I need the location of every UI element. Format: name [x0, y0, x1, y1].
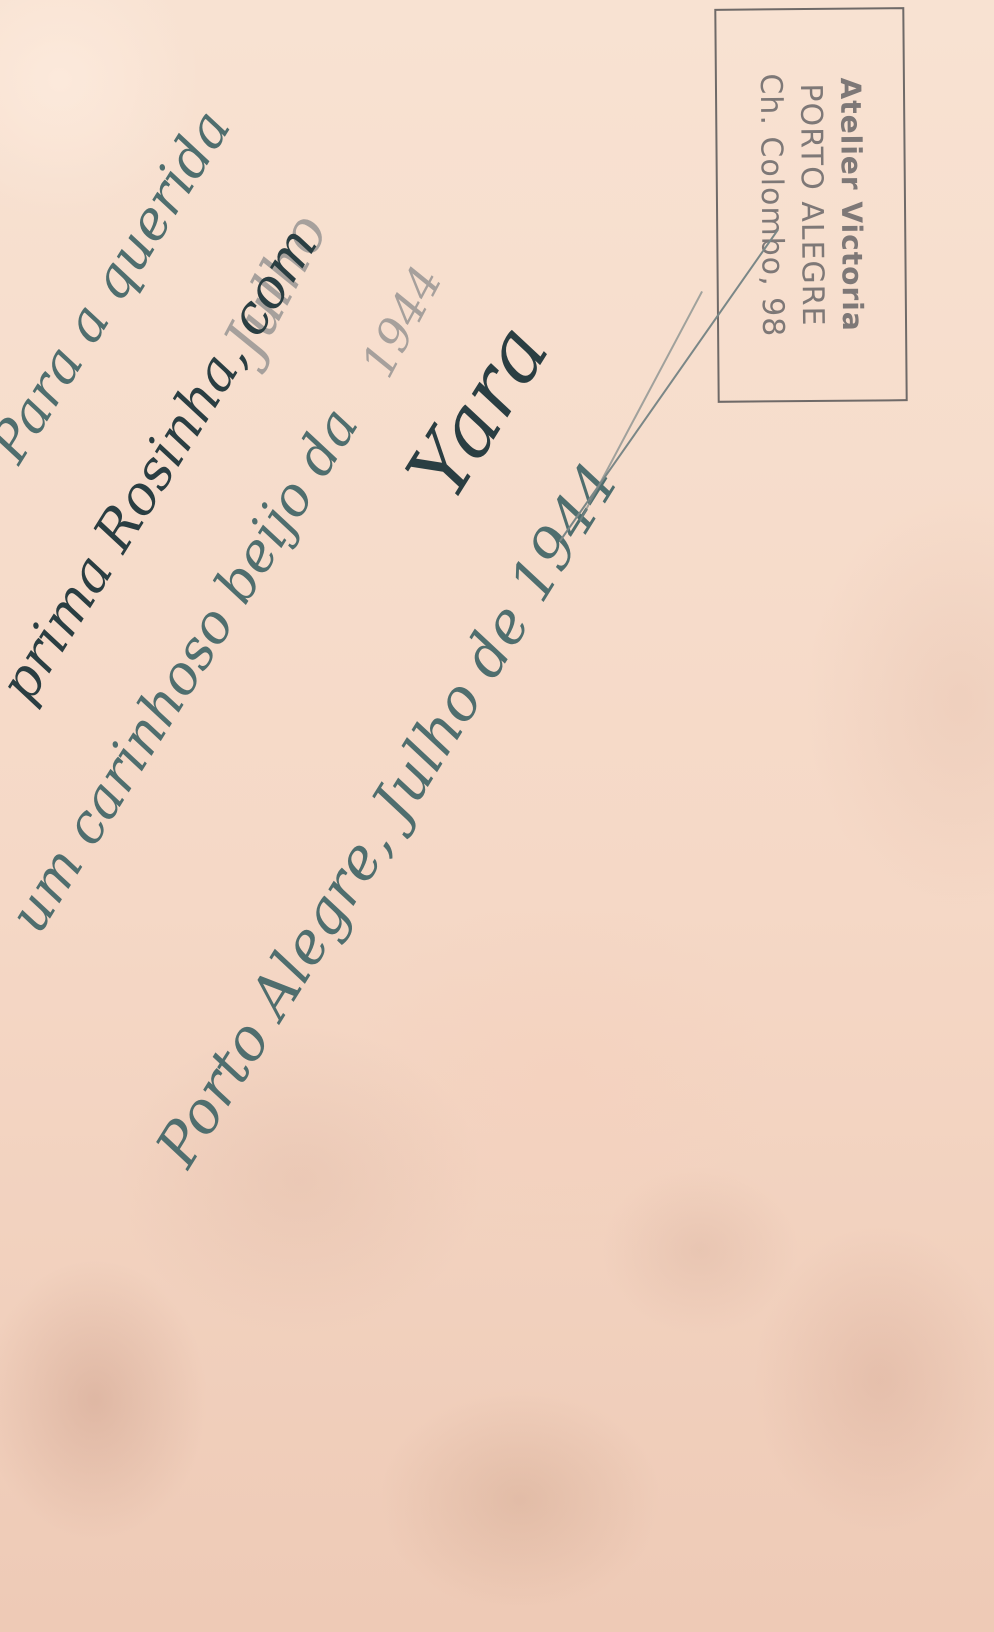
stamp-address: Ch. Colombo, 98: [749, 25, 792, 385]
signature-flourish-2: [579, 291, 703, 522]
photo-back: Atelier Victoria PORTO ALEGRE Ch. Colomb…: [0, 0, 994, 1632]
stamp-city: PORTO ALEGRE: [789, 25, 832, 385]
studio-stamp: Atelier Victoria PORTO ALEGRE Ch. Colomb…: [714, 7, 907, 403]
pencil-year: 1944: [350, 257, 453, 386]
stamp-studio-name: Atelier Victoria: [829, 24, 872, 384]
